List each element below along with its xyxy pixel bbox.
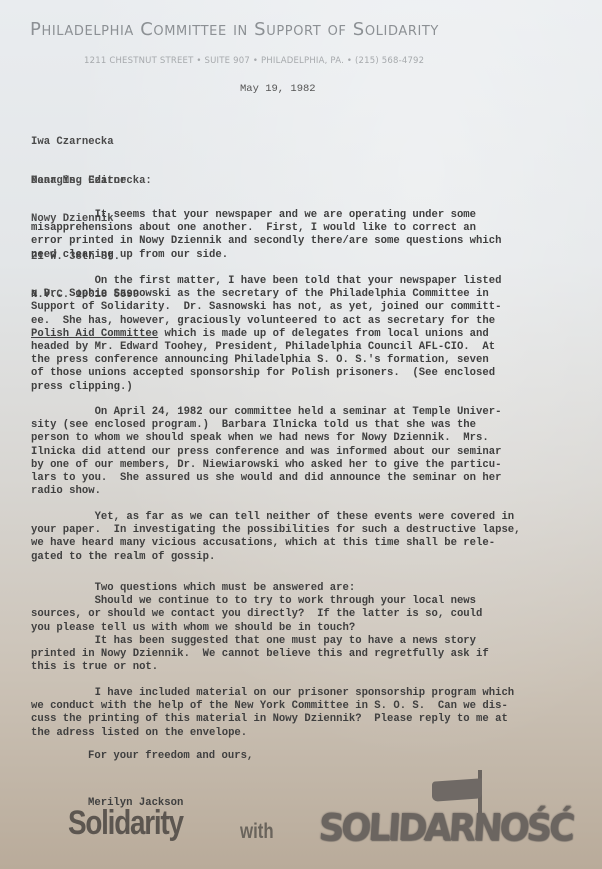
- underlined-committee-name: Polish Aid Committee: [31, 328, 158, 340]
- paragraph-5: Two questions which must be answered are…: [31, 582, 489, 674]
- salutation: Dear Ms. Czarnecka:: [31, 175, 152, 188]
- letterhead-address: 1211 CHESTNUT STREET • SUITE 907 • PHILA…: [84, 56, 544, 66]
- paragraph-2: On the first matter, I have been told th…: [31, 275, 501, 394]
- stamp-solidarity-word: Solidarity: [68, 804, 183, 843]
- letterhead-organization: Philadelphia Committee in Support of Sol…: [30, 19, 590, 40]
- letter-date: May 19, 1982: [240, 83, 316, 95]
- flag-icon: [432, 778, 482, 801]
- paragraph-2-part-1: On the first matter, I have been told th…: [31, 275, 501, 327]
- recipient-name: Iwa Czarnecka: [31, 136, 139, 149]
- paragraph-1: It seems that your newspaper and we are …: [31, 209, 501, 262]
- solidarnosc-logo-text: SOLIDARNOŚĆ: [317, 806, 573, 849]
- paragraph-4: Yet, as far as we can tell neither of th…: [31, 511, 521, 564]
- closing-line: For your freedom and ours,: [88, 750, 253, 763]
- paragraph-3: On April 24, 1982 our committee held a s…: [31, 406, 501, 498]
- solidarnosc-logo: SOLIDARNOŚĆ: [312, 770, 552, 865]
- stamp-with-word: with: [240, 820, 274, 844]
- paragraph-6: I have included material on our prisoner…: [31, 687, 514, 740]
